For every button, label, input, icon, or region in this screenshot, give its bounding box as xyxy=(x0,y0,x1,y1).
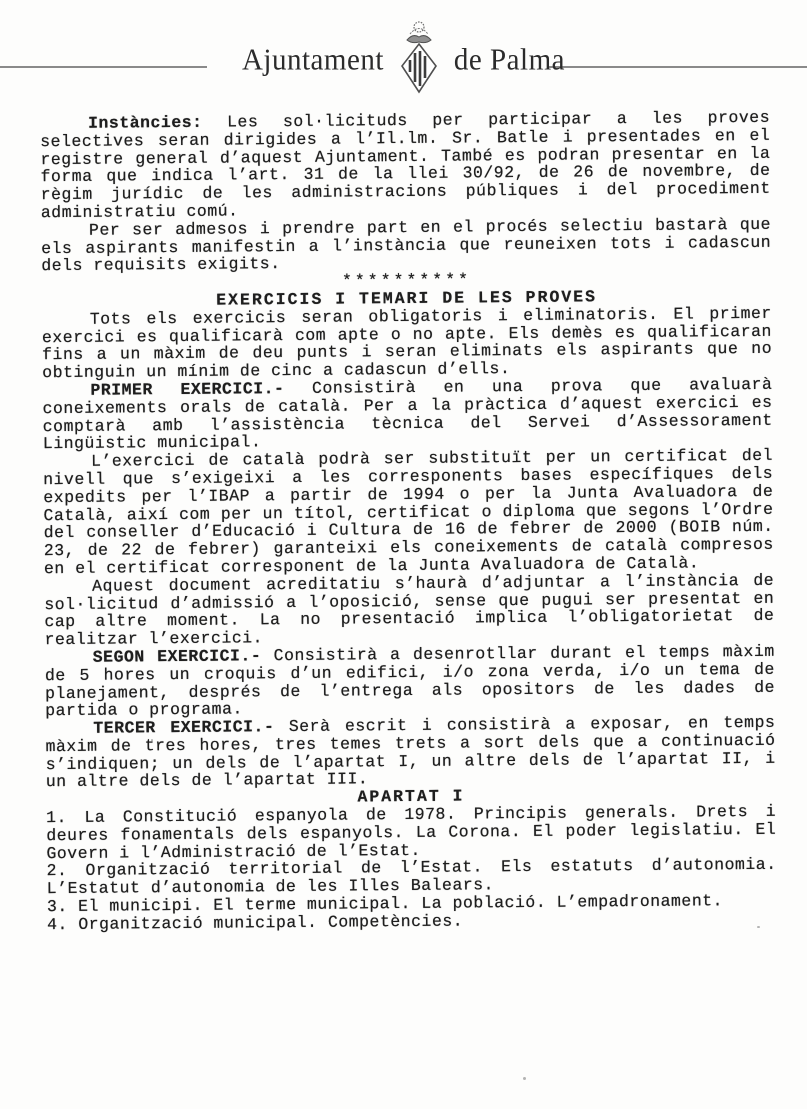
paragraph-admissio: Per ser admesos i prendre part en el pro… xyxy=(41,216,771,276)
header-org-name-left: Ajuntament xyxy=(242,43,384,78)
paragraph-primer-exercici: PRIMER EXERCICI.- Consistirà en una prov… xyxy=(42,376,773,454)
scan-speck xyxy=(757,926,760,928)
paragraph-document-acreditatiu: Aquest document acreditatiu s’haurà d’ad… xyxy=(44,572,775,650)
paragraph-instancies: Instàncies: Les sol·licituds per partici… xyxy=(40,109,771,222)
topic-item-4: 4. Organització municipal. Competències. xyxy=(47,910,777,934)
scan-speck xyxy=(151,739,153,742)
document-header: Ajuntament de Palma xyxy=(0,0,807,110)
document-body: Instàncies: Les sol·licituds per partici… xyxy=(40,109,777,934)
scanned-document-page: Ajuntament de Palma Instàncies: Les sol·… xyxy=(0,0,807,1109)
paragraph-certificat-catala: L’exercici de català podrà ser substituï… xyxy=(43,447,774,578)
scan-speck xyxy=(523,1077,526,1080)
palma-coat-of-arms-icon xyxy=(397,20,441,101)
paragraph-segon-exercici: SEGON EXERCICI.- Consistirà a desenrotll… xyxy=(45,643,776,721)
header-org-name-right: de Palma xyxy=(454,43,565,78)
topic-item-1: 1. La Constitució espanyola de 1978. Pri… xyxy=(46,803,776,863)
header-title-row: Ajuntament de Palma xyxy=(0,18,807,102)
paragraph-tercer-exercici: TERCER EXERCICI.- Serà escrit i consisti… xyxy=(45,714,776,792)
apartat-i-topic-list: 1. La Constitució espanyola de 1978. Pri… xyxy=(46,803,777,934)
paragraph-exercicis-intro: Tots els exercicis seran obligatoris i e… xyxy=(42,305,773,383)
